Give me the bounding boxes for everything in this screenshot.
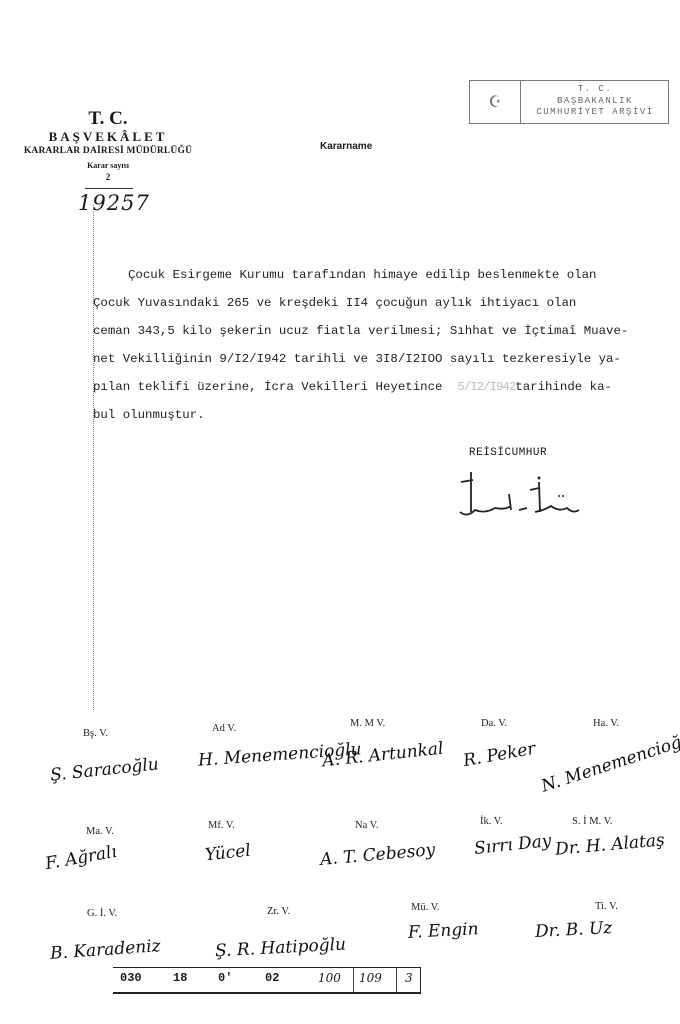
archive-code-box: 030 18 0' 02 100 109 3: [113, 967, 421, 994]
body-line-4: net Vekilliğinin 9/I2/I942 tarihli ve 3I…: [93, 352, 621, 366]
minister-label: Ha. V.: [593, 718, 619, 729]
minister-label: Ad V.: [212, 723, 236, 734]
document-type: Kararname: [320, 141, 372, 152]
president-title: REİSİCUMHUR: [469, 447, 547, 459]
code-divider: [396, 968, 397, 992]
minister-label: Ma. V.: [86, 826, 114, 837]
minister-label: Da. V.: [481, 718, 507, 729]
minister-label: Mf. V.: [208, 820, 235, 831]
body-line-1: Çocuk Esirgeme Kurumu tarafından himaye …: [128, 268, 596, 282]
minister-signature: Sırrı Day: [473, 831, 552, 859]
minister-label: Na V.: [355, 820, 379, 831]
code-cell: 0': [218, 971, 232, 985]
minister-label: G. İ. V.: [87, 908, 117, 919]
office-heading: BAŞVEKÂLET: [8, 129, 208, 145]
minister-signature: A. T. Cebesoy: [319, 840, 436, 870]
code-cell: 030: [120, 971, 142, 985]
minister-signature: Ş. Saracoğlu: [49, 754, 159, 785]
decision-number-handwritten: 19257: [78, 191, 150, 215]
stamp-line-2: BAŞBAKANLIK: [522, 96, 668, 108]
faded-date: 5/I2/I942: [457, 380, 515, 394]
stamp-line-1: T. C.: [522, 84, 668, 96]
country-heading: T. C.: [8, 108, 208, 130]
minister-signature: Ş. R. Hatipoğlu: [215, 935, 347, 962]
minister-label: Ti. V.: [595, 901, 618, 912]
archive-stamp: ☪ T. C. BAŞBAKANLIK CUMHURİYET ARŞİVİ: [469, 80, 669, 124]
body-line-5: pılan teklifi üzerine, İcra Vekilleri He…: [93, 380, 612, 394]
code-cell: 02: [265, 971, 279, 985]
minister-label: Mü. V.: [411, 902, 440, 913]
minister-signature: Yücel: [204, 841, 252, 866]
body-line-5-tail: tarihinde ka-: [515, 380, 612, 394]
minister-signature: B. Karadeniz: [49, 936, 161, 964]
minister-signature: Dr. H. Alataş: [554, 830, 665, 860]
margin-line: [93, 205, 94, 710]
minister-signature: F. Ağralı: [44, 842, 119, 874]
body-line-5-text: pılan teklifi üzerine, İcra Vekilleri He…: [93, 380, 442, 394]
president-signature: [455, 468, 580, 518]
minister-signature: F. Engin: [408, 919, 480, 943]
minister-label: Zr. V.: [267, 906, 290, 917]
minister-label: S. İ M. V.: [572, 816, 612, 827]
minister-signature: R. Peker: [462, 739, 537, 771]
code-cell: 3: [405, 971, 413, 985]
body-line-6: bul olunmuştur.: [93, 408, 205, 422]
minister-label: Bş. V.: [83, 728, 108, 739]
minister-signature: N. Menemencioğlu: [539, 727, 680, 796]
decision-number-prefix: 2: [8, 172, 208, 182]
stamp-line-3: CUMHURİYET ARŞİVİ: [522, 107, 668, 119]
decision-number-label: Karar sayısı: [8, 161, 208, 170]
minister-label: M. M V.: [350, 718, 385, 729]
code-cell: 100: [318, 971, 341, 985]
body-line-2: Çocuk Yuvasındaki 265 ve kreşdeki II4 ço…: [93, 296, 576, 310]
code-cell: 109: [359, 971, 382, 985]
department-heading: KARARLAR DAİRESİ MÜDÜRLÜĞÜ: [8, 146, 208, 156]
code-cell: 18: [173, 971, 187, 985]
code-divider: [353, 968, 354, 992]
crescent-star-icon: ☪: [470, 81, 521, 123]
minister-signature: Dr. B. Uz: [535, 918, 613, 942]
minister-label: İk. V.: [480, 816, 503, 827]
decision-number-rule: [85, 188, 133, 189]
body-line-3: ceman 343,5 kilo şekerin ucuz fiatla ver…: [93, 324, 628, 338]
